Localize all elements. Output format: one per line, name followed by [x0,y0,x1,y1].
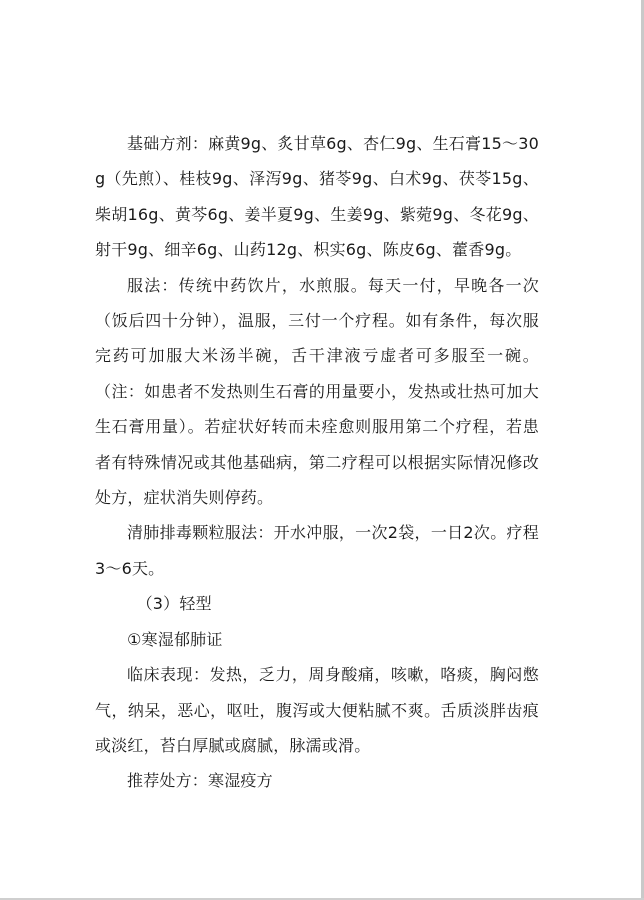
paragraph-administration: 服法：传统中药饮片，水煎服。每天一付，早晚各一次（饭后四十分钟），温服，三付一个… [95,268,539,516]
paragraph-recommended-prescription: 推荐处方：寒湿疫方 [95,763,539,798]
paragraph-clinical-manifestation: 临床表现：发热，乏力，周身酸痛，咳嗽，咯痰，胸闷憋气，纳呆，恶心，呕吐，腹泻或大… [95,657,539,763]
document-page: 基础方剂：麻黄9g、炙甘草6g、杏仁9g、生石膏15～30g（先煎）、桂枝9g、… [0,0,641,898]
section-heading-mild: （3）轻型 [95,586,539,621]
paragraph-basic-formula: 基础方剂：麻黄9g、炙甘草6g、杏仁9g、生石膏15～30g（先煎）、桂枝9g、… [95,126,539,268]
paragraph-granule-administration: 清肺排毒颗粒服法：开水冲服，一次2袋，一日2次。疗程3～6天。 [95,515,539,586]
subheading-cold-damp-syndrome: ①寒湿郁肺证 [95,622,539,657]
document-body: 基础方剂：麻黄9g、炙甘草6g、杏仁9g、生石膏15～30g（先煎）、桂枝9g、… [95,126,539,799]
